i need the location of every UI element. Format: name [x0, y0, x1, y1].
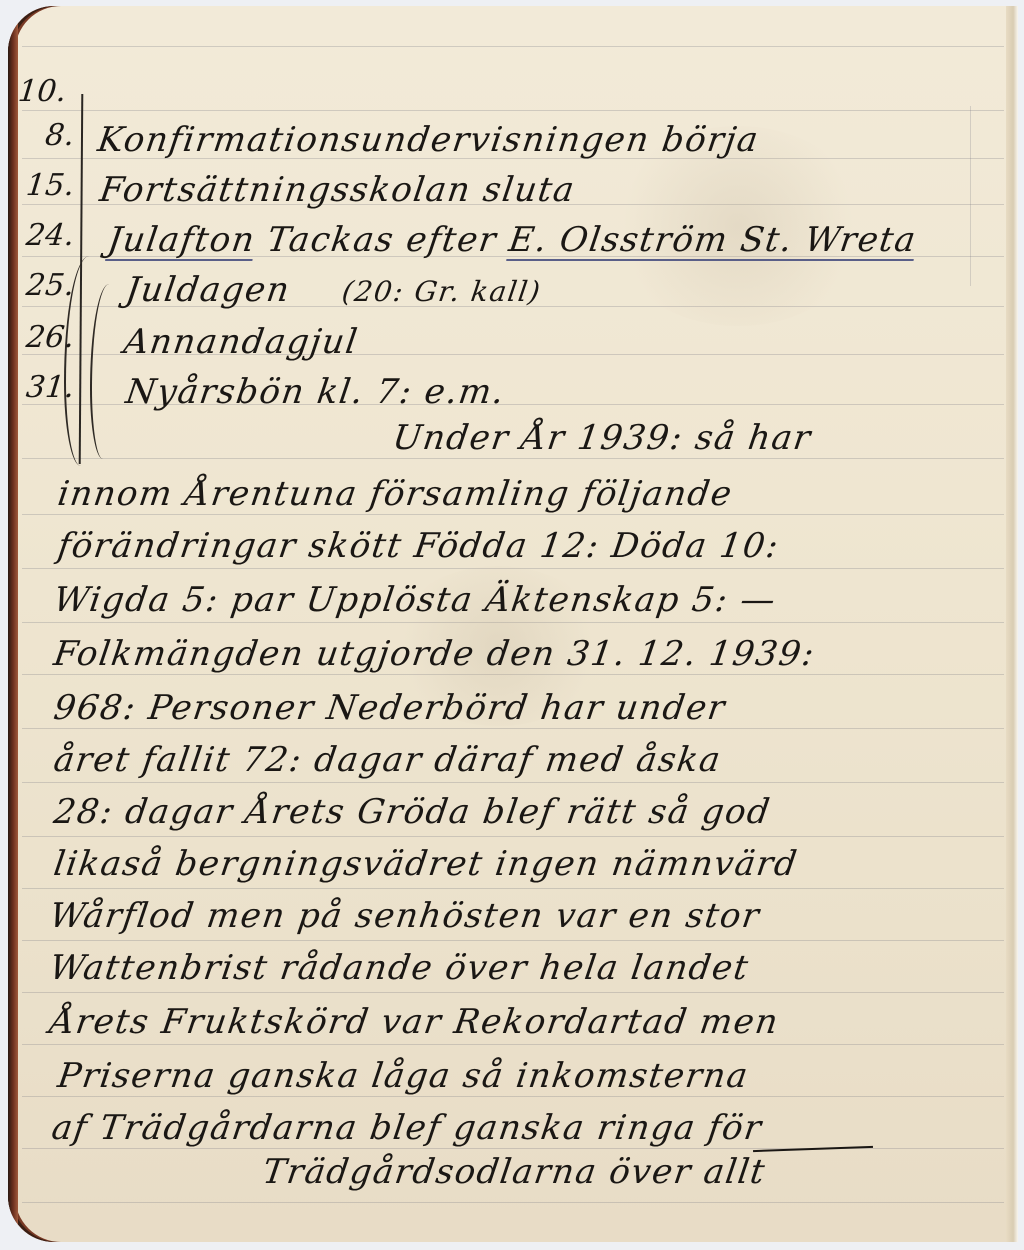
ruled-line [22, 1044, 1004, 1045]
person-name: E. Olsström St. Wreta [506, 220, 919, 260]
ruled-line [22, 728, 1004, 729]
ruled-line [22, 458, 1004, 459]
date-number: 24. [16, 218, 76, 253]
diary-page: 10. 8. 15. 24. 25. 26. 31. Konfirmations… [8, 6, 1018, 1242]
ruled-line [22, 836, 1004, 837]
narrative-line: Under År 1939: så har [390, 418, 814, 458]
ruled-line [22, 1096, 1004, 1097]
ruled-line [22, 782, 1004, 783]
narrative-line: Wigda 5: par Upplösta Äktenskap 5: — [51, 580, 779, 620]
ruled-line [22, 940, 1004, 941]
date-number: 15. [16, 168, 76, 203]
narrative-line: Folkmängden utgjorde den 31. 12. 1939: [51, 634, 818, 674]
entry-boxing-day: Annandagjul [121, 322, 361, 362]
ruled-line [22, 110, 1004, 111]
entry-confirmation-class: Konfirmationsundervisningen börja [95, 120, 762, 160]
entry-new-years-prayer: Nyårsbön kl. 7: e.m. [123, 372, 507, 412]
thanks-after-label: Tackas efter [252, 220, 511, 260]
entry-christmas-day: Juldagen (20: Gr. kall) [123, 270, 544, 310]
narrative-line: Trädgårdsodlarna över allt [260, 1152, 768, 1192]
date-number: 26. [16, 320, 76, 355]
christmas-eve-label: Julafton [105, 220, 258, 260]
entry-continuation-school: Fortsättningsskolan sluta [97, 170, 578, 210]
temperature-note: (20: Gr. kall) [340, 275, 543, 308]
ruled-line [22, 46, 1004, 47]
narrative-line: 28: dagar Årets Gröda blef rätt så god [51, 792, 773, 832]
date-number: 31. [16, 370, 76, 405]
narrative-line: likaså bergningsvädret ingen nämnvärd [51, 844, 800, 884]
narrative-line: af Trädgårdarna blef ganska ringa för [49, 1108, 765, 1148]
date-number: 25. [16, 268, 76, 303]
page-right-edge [1006, 6, 1018, 1242]
date-number: 10. [8, 74, 68, 109]
ruled-line [22, 992, 1004, 993]
narrative-line: Wattenbrist rådande över hela landet [47, 948, 752, 988]
ruled-line [22, 1202, 1004, 1203]
narrative-line: 968: Personer Nederbörd har under [51, 688, 728, 728]
narrative-line: Priserna ganska låga så inkomsterna [55, 1056, 751, 1096]
narrative-line: året fallit 72: dagar däraf med åska [51, 740, 724, 780]
narrative-line: Wårflod men på senhösten var en stor [47, 896, 763, 936]
narrative-line: Årets Fruktskörd var Rekordartad men [47, 1002, 781, 1042]
narrative-line: förändringar skött Födda 12: Döda 10: [55, 526, 782, 566]
date-number: 8. [16, 118, 76, 153]
right-column-rule [970, 106, 971, 286]
ruled-line [22, 888, 1004, 889]
closing-flourish-stroke [753, 1146, 873, 1152]
scan-frame: 10. 8. 15. 24. 25. 26. 31. Konfirmations… [0, 0, 1024, 1250]
narrative-line: innom Årentuna församling följande [55, 474, 735, 514]
christmas-day-label: Juldagen [123, 270, 293, 310]
ruled-line [22, 514, 1004, 515]
entry-christmas-eve: Julafton Tackas efter E. Olsström St. Wr… [105, 220, 919, 260]
